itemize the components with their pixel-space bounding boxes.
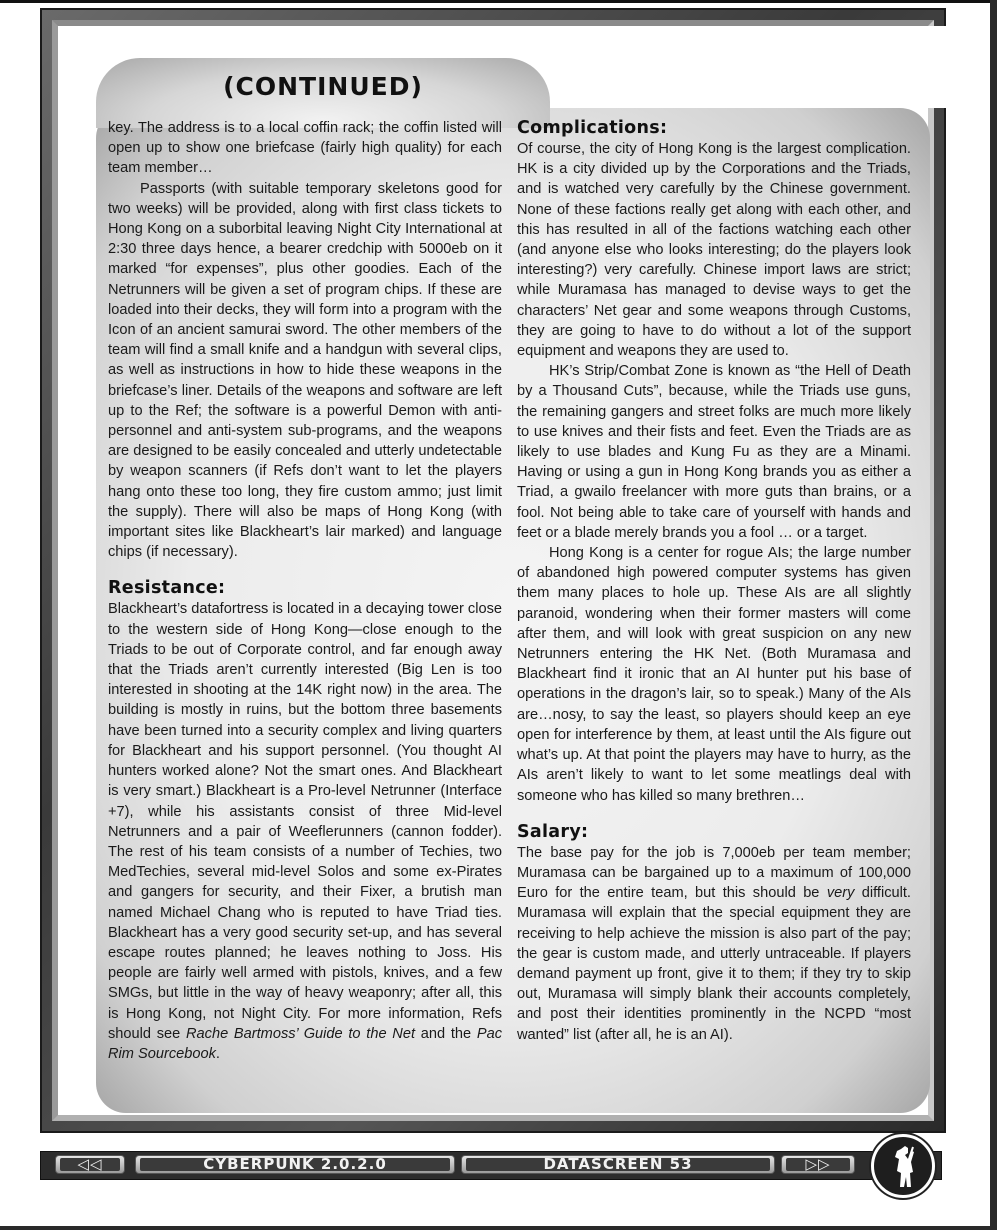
paragraph: HK’s Strip/Combat Zone is known as “the …: [517, 361, 911, 543]
frame-inner: (CONTINUED) key. The address is to a loc…: [58, 26, 928, 1115]
scan-edge-right: [990, 0, 997, 1230]
cyberpunk-figure-emblem-icon: [871, 1134, 935, 1198]
paragraph: key. The address is to a local coffin ra…: [108, 118, 502, 179]
section-page-label: DATASCREEN 53: [543, 1158, 692, 1171]
page-frame: (CONTINUED) key. The address is to a loc…: [40, 8, 946, 1133]
section-plate: DATASCREEN 53: [461, 1155, 775, 1174]
paragraph: Passports (with suitable temporary skele…: [108, 179, 502, 563]
right-column: Complications: Of course, the city of Ho…: [517, 118, 911, 1045]
page-title: (CONTINUED): [96, 72, 550, 101]
scan-edge-bottom: [0, 1226, 997, 1230]
frame-bevel: (CONTINUED) key. The address is to a loc…: [52, 20, 934, 1121]
book-title-plate: CYBERPUNK 2.0.2.0: [135, 1155, 455, 1174]
next-page-button[interactable]: ▷▷: [781, 1155, 855, 1174]
resistance-text: Blackheart’s datafortress is located in …: [108, 599, 502, 1064]
book-title: CYBERPUNK 2.0.2.0: [203, 1158, 387, 1171]
left-column: key. The address is to a local coffin ra…: [108, 118, 502, 1064]
double-left-arrow-icon: ◁◁: [77, 1158, 102, 1171]
section-heading-resistance: Resistance:: [108, 578, 502, 599]
section-heading-complications: Complications:: [517, 118, 911, 139]
footer-nav-bar: ◁◁ CYBERPUNK 2.0.2.0 DATASCREEN 53 ▷▷: [40, 1151, 942, 1180]
book-reference: Rache Bartmoss’ Guide to the Net: [186, 1026, 415, 1042]
paragraph: Of course, the city of Hong Kong is the …: [517, 139, 911, 361]
section-heading-salary: Salary:: [517, 822, 911, 843]
previous-page-button[interactable]: ◁◁: [55, 1155, 125, 1174]
top-rule: [0, 0, 990, 3]
double-right-arrow-icon: ▷▷: [805, 1158, 830, 1171]
paragraph: Hong Kong is a center for rogue AIs; the…: [517, 543, 911, 806]
panel-mask: [550, 26, 950, 108]
salary-text: The base pay for the job is 7,000eb per …: [517, 843, 911, 1045]
